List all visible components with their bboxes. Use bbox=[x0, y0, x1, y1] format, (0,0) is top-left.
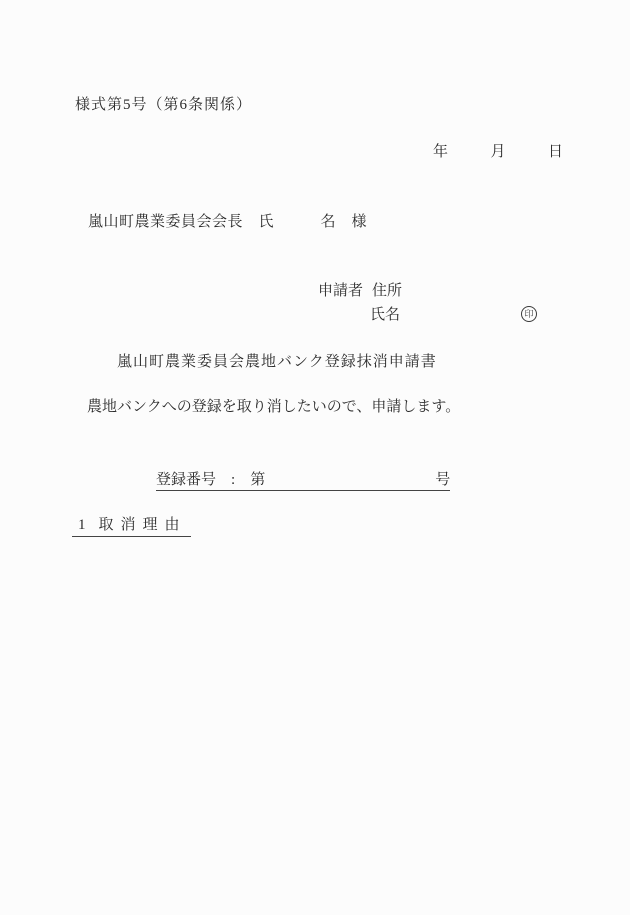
applicant-label: 申請者 bbox=[318, 281, 363, 301]
date-day-label: 日 bbox=[548, 142, 563, 162]
section1-title: 取消理由 bbox=[99, 515, 187, 535]
spacer bbox=[363, 281, 372, 301]
spacer bbox=[235, 470, 250, 490]
date-month-label: 月 bbox=[490, 142, 505, 162]
application-form-page: 様式第5号（第6条関係） 年 月 日 嵐山町農業委員会会長 氏 名 様 申請者 … bbox=[0, 0, 630, 915]
form-number: 様式第5号（第6条関係） bbox=[75, 95, 252, 115]
spacer bbox=[216, 470, 231, 490]
registration-number-blank bbox=[265, 472, 435, 490]
registration-number-label: 登録番号 bbox=[156, 470, 216, 490]
section1-heading: 1 取消理由 bbox=[72, 515, 191, 537]
seal-character: 印 bbox=[524, 310, 533, 319]
section1-number: 1 bbox=[78, 515, 86, 535]
registration-number-line: 登録番号 : 第 号 bbox=[156, 470, 450, 491]
date-line: 年 月 日 bbox=[433, 142, 563, 162]
date-year-label: 年 bbox=[433, 142, 448, 162]
inkan-seal-icon: 印 bbox=[521, 306, 537, 322]
body-text: 農地バンクへの登録を取り消したいので、申請します。 bbox=[87, 397, 460, 417]
document-title: 嵐山町農業委員会農地バンク登録抹消申請書 bbox=[117, 352, 437, 372]
applicant-name-label: 氏名 bbox=[370, 305, 400, 325]
addressee-line: 嵐山町農業委員会会長 氏 名 様 bbox=[88, 212, 367, 232]
applicant-address-row: 申請者 住所 bbox=[318, 281, 402, 301]
registration-number-prefix: 第 bbox=[250, 470, 265, 490]
registration-number-suffix: 号 bbox=[435, 470, 450, 490]
applicant-address-label: 住所 bbox=[372, 281, 402, 301]
